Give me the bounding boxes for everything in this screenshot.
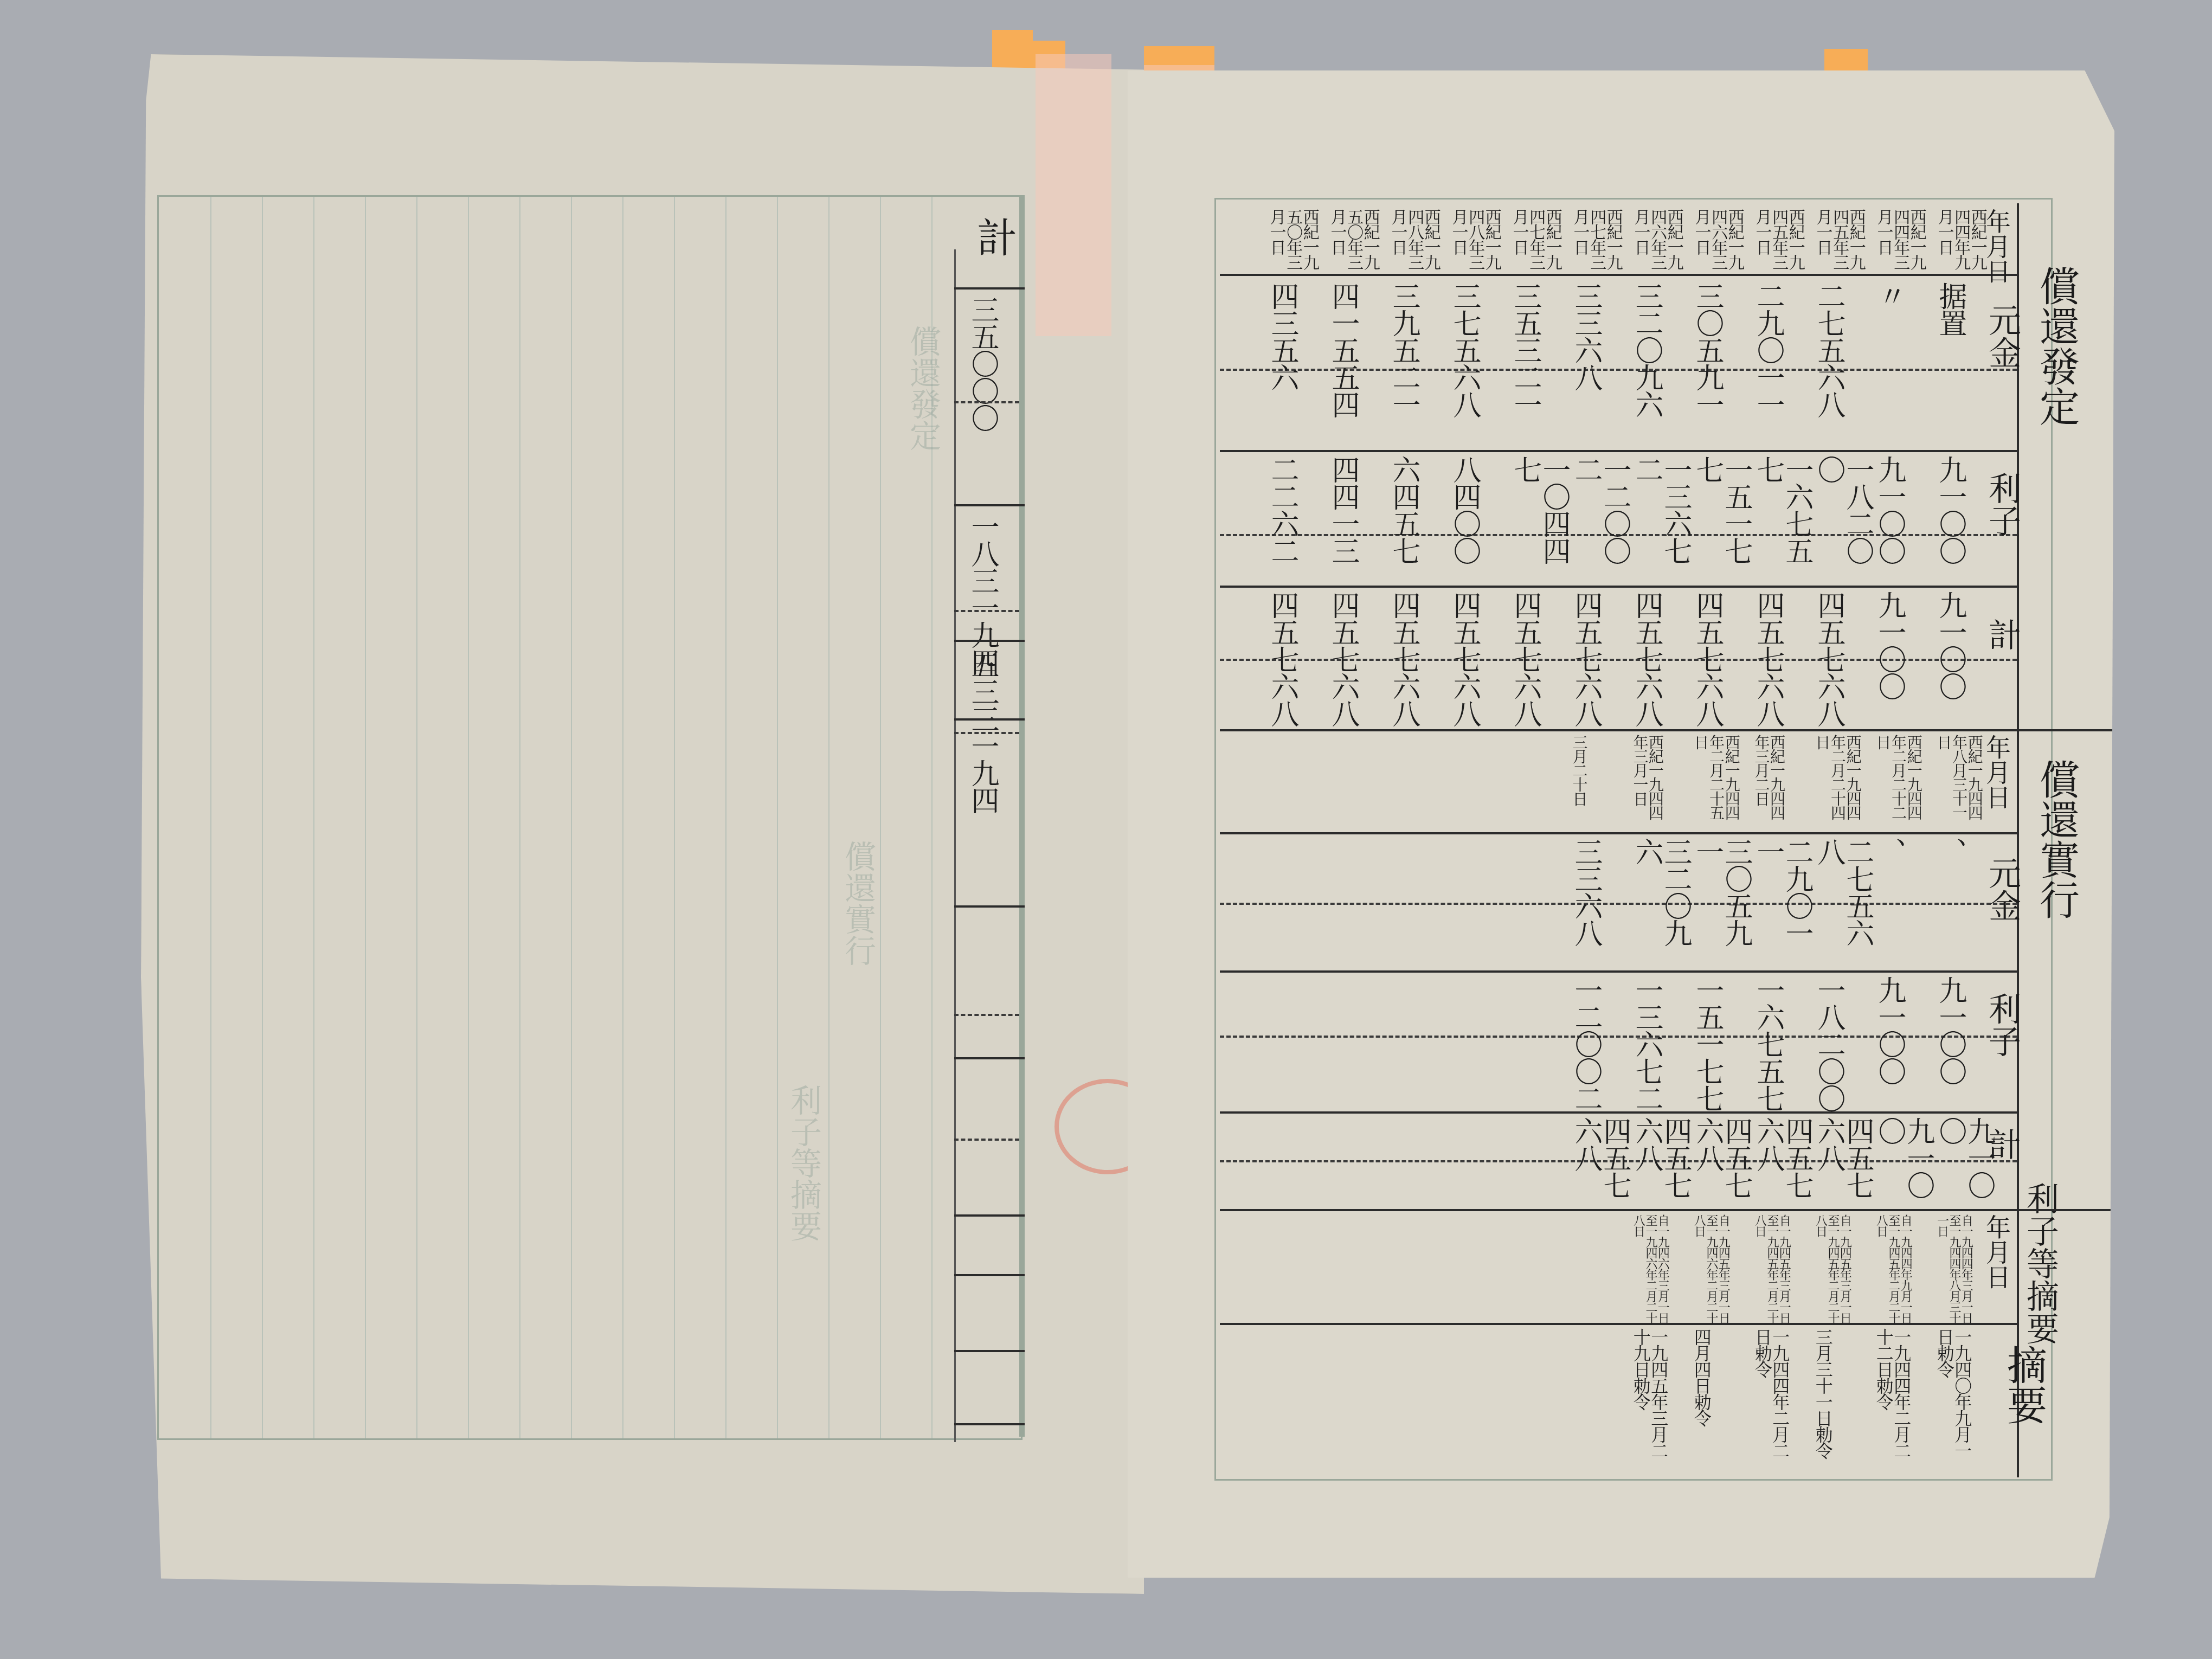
section-repayment-plan-principal-cell: 三三六八: [1571, 282, 1600, 450]
section-repayment-plan-interest-cell: 一〇四四七: [1510, 455, 1568, 586]
section-repayment-plan-principal-cell: 〃: [1875, 282, 1904, 450]
section-repayment-plan-total-cell: 四五七六八: [1632, 591, 1661, 726]
section-repayment-plan-principal-cell: 据置: [1935, 282, 1964, 450]
plan-row-label-principal: 元金: [1979, 304, 2025, 369]
section-interest-notes-note-cell: 一九四四年二月二十二日勅令: [1875, 1328, 1910, 1469]
section-repayment-plan-interest-cell: 九一〇〇: [1935, 455, 1964, 586]
section-repayment-plan-interest-cell: 一六七五七: [1753, 455, 1811, 586]
section-repayment-actual-interest-cell: 一六七五七: [1753, 976, 1782, 1111]
section-repayment-actual-total-cell: 四五七六八: [1814, 1117, 1872, 1209]
section-repayment-plan-date-cell: 西紀一九四六年三月一日: [1693, 209, 1742, 276]
section-repayment-plan-principal-cell: 三九五二一: [1389, 282, 1418, 450]
section-repayment-actual-date-cell: 西紀一九四四年三月一日: [1632, 735, 1663, 832]
section-repayment-plan-total-cell: 四五七六八: [1510, 591, 1539, 726]
section-repayment-plan-principal-cell: 三二〇九六: [1632, 282, 1661, 450]
section-repayment-plan-interest-cell: 九一〇〇: [1875, 455, 1904, 586]
plan-row-label-total: 計: [1979, 618, 2025, 651]
section-interest-notes-date-cell: 自一九四五年三月一日 至一九四五年二月二十八日: [1814, 1214, 1850, 1323]
section-repayment-plan-principal-cell: 三〇五九一: [1693, 282, 1721, 450]
section-repayment-actual-interest-cell: 一八二〇〇: [1814, 976, 1843, 1111]
section-repayment-actual-interest-cell: 九一〇〇: [1935, 976, 1964, 1111]
section-repayment-plan-interest-cell: 六四五七: [1389, 455, 1418, 586]
section-repayment-actual-interest-cell: 一二〇〇二: [1571, 976, 1600, 1111]
section-repayment-plan-total-cell: 四五七六八: [1450, 591, 1478, 726]
section-repayment-plan-interest-cell: 一三六七二: [1632, 455, 1689, 586]
section-repayment-actual-interest-cell: 一五一七七: [1693, 976, 1721, 1111]
section-repayment-plan-total-cell: 九一〇〇: [1875, 591, 1904, 726]
section-repayment-actual-total-cell: 四五七六八: [1753, 1117, 1811, 1209]
left-total-1: 三五〇〇〇: [968, 295, 996, 501]
bleedthrough-text-1: 利子等摘要: [781, 1084, 826, 1242]
plan-row-label-interest: 利子: [1979, 472, 2025, 537]
section-repayment-actual-principal-cell: 二九〇一一: [1753, 838, 1811, 970]
section-interest-notes-date-cell: 自一九四五年三月一日 至一九四六年二月二十八日: [1693, 1214, 1729, 1323]
section-interest-notes-date-cell: 自一九四四年三月一日 至一九四四年八月三十一日: [1935, 1214, 1972, 1323]
section-repayment-plan-date-cell: 西紀一九四七年三月一日: [1571, 209, 1621, 276]
notes-row-label-date: 年月日: [1979, 1214, 2015, 1289]
left-total-header: 計: [965, 217, 1023, 257]
section-repayment-plan-total-cell: 四五七六八: [1389, 591, 1418, 726]
section-interest-notes-date-cell: 自一九四六年三月一日 至一九四六年二月二十八日: [1632, 1214, 1668, 1323]
section-repayment-plan-date-cell: 西紀一九四四年九月一日: [1935, 209, 1985, 276]
binding-tape-left: [1036, 54, 1111, 336]
section-repayment-plan-date-cell: 西紀一九四四年三月一日: [1875, 209, 1925, 276]
section-repayment-plan-total-cell: 四五七六八: [1571, 591, 1600, 726]
section-repayment-actual-date-cell: 西紀一九四四年二月二十四日: [1814, 735, 1861, 832]
section-repayment-plan-principal-cell: 四一五五四: [1328, 282, 1357, 450]
section-repayment-plan-date-cell: 西紀一九四五年三月一日: [1753, 209, 1803, 276]
section-repayment-plan-interest-cell: 一五一七七: [1693, 455, 1750, 586]
section-repayment-actual-total-cell: 四五七六八: [1632, 1117, 1689, 1209]
section-repayment-plan-date-cell: 西紀一九五〇年三月一日: [1328, 209, 1378, 276]
left-page-print-frame: [157, 195, 1023, 1440]
section-repayment-actual-date-cell: 西紀一九四四年八月三十一日: [1935, 735, 1982, 832]
actual-row-label-date: 年月日: [1979, 735, 2015, 809]
section-repayment-plan-total-cell: 四五七六八: [1814, 591, 1843, 726]
section-repayment-actual-principal-cell: 、: [1935, 838, 1964, 970]
section-interest-notes-date-cell: 自一九四五年三月一日 至一九四五年二月二十八日: [1753, 1214, 1790, 1323]
actual-row-label-interest: 利子: [1979, 992, 2025, 1057]
section-repayment-plan-interest-cell: 二二六二: [1268, 455, 1296, 586]
section-interest-notes-note-cell: 四月四日勅令: [1693, 1328, 1711, 1469]
section-interest-notes-note-cell: 一九四四年二月二日勅令: [1753, 1328, 1789, 1469]
section-repayment-plan-total-cell: 四五七六八: [1328, 591, 1357, 726]
section-repayment-actual-date-cell: 西紀一九四四年二月二十二日: [1875, 735, 1921, 832]
section-repayment-plan-interest-cell: 一二〇〇二: [1571, 455, 1629, 586]
section-repayment-plan-interest-cell: 一八二〇〇: [1814, 455, 1872, 586]
section-interest-notes-note-cell: 一九四〇年九月一日勅令: [1935, 1328, 1971, 1469]
section-repayment-plan-principal-cell: 三七五六八: [1450, 282, 1478, 450]
section-repayment-plan-total-cell: 九一〇〇: [1935, 591, 1964, 726]
section-repayment-actual-date-cell: 三月二十日: [1571, 735, 1587, 832]
section-repayment-actual-principal-cell: 、: [1875, 838, 1904, 970]
notes-row-label-summary: 摘要: [1995, 1345, 2053, 1425]
section-title-repayment-actual: 償還實行: [2028, 759, 2085, 919]
section-repayment-actual-total-cell: 九一〇〇: [1935, 1117, 1993, 1209]
section-repayment-plan-principal-cell: 三五三二一: [1510, 282, 1539, 450]
section-interest-notes-note-cell: 三月三十一日勅令: [1814, 1328, 1832, 1469]
section-repayment-actual-interest-cell: 一三六七二: [1632, 976, 1661, 1111]
section-repayment-actual-date-cell: 西紀一九四四年三月二日: [1753, 735, 1784, 832]
section-repayment-plan-date-cell: 西紀一九四五年三月一日: [1814, 209, 1864, 276]
section-repayment-actual-interest-cell: 九一〇〇: [1875, 976, 1904, 1111]
section-repayment-actual-principal-cell: 二七五六八: [1814, 838, 1872, 970]
section-repayment-plan-date-cell: 西紀一九四八年三月一日: [1450, 209, 1500, 276]
section-title-interest-notes: 利子等摘要: [2017, 1182, 2063, 1345]
section-repayment-plan-date-cell: 西紀一九四六年三月一日: [1632, 209, 1682, 276]
section-interest-notes-date-cell: 自一九四四年九月一日 至一九四五年二月二十八日: [1875, 1214, 1911, 1323]
section-repayment-plan-principal-cell: 二七五六八: [1814, 282, 1843, 450]
bleedthrough-text-2: 償還實行: [835, 840, 880, 966]
section-repayment-actual-date-cell: 西紀一九四四年二月二十五日: [1693, 735, 1739, 832]
section-repayment-plan-date-cell: 西紀一九四八年三月一日: [1389, 209, 1439, 276]
section-repayment-plan-total-cell: 四五七六八: [1693, 591, 1721, 726]
section-interest-notes-note-cell: 一九四五年三月二十九日勅令: [1632, 1328, 1667, 1469]
section-repayment-actual-principal-cell: 三三六八: [1571, 838, 1600, 970]
section-repayment-actual-total-cell: 九一〇〇: [1875, 1117, 1932, 1209]
right-page: 償還發定 償還實行 利子等摘要 年月日 元金 利子 計 西紀一九四四年九月一日据…: [1128, 70, 2114, 1578]
section-repayment-plan-date-cell: 西紀一九四七年三月一日: [1510, 209, 1560, 276]
bleedthrough-text-3: 償還發定: [900, 325, 946, 451]
section-repayment-actual-total-cell: 四五七六八: [1693, 1117, 1750, 1209]
section-repayment-plan-principal-cell: 二九〇一一: [1753, 282, 1782, 450]
section-repayment-plan-total-cell: 四五七六八: [1753, 591, 1782, 726]
section-repayment-actual-principal-cell: 三二〇九六: [1632, 838, 1689, 970]
actual-row-label-principal: 元金: [1979, 857, 2025, 922]
section-title-repayment-plan: 償還發定: [2028, 266, 2085, 426]
section-repayment-plan-interest-cell: 四四一三: [1328, 455, 1357, 586]
section-repayment-plan-date-cell: 西紀一九五〇年三月一日: [1268, 209, 1317, 276]
section-repayment-actual-total-cell: 四五七六八: [1571, 1117, 1629, 1209]
section-repayment-plan-interest-cell: 八四〇〇: [1450, 455, 1478, 586]
section-repayment-plan-total-cell: 四五七六八: [1268, 591, 1296, 726]
left-page: 利子等摘要 償還實行 償還發定 計 三五〇〇〇 一八三一九四 五三三一九四: [141, 54, 1144, 1594]
section-repayment-actual-principal-cell: 三〇五九一: [1693, 838, 1750, 970]
left-total-3: 五三三一九四: [968, 651, 996, 857]
section-repayment-plan-principal-cell: 四三五六: [1268, 282, 1296, 450]
